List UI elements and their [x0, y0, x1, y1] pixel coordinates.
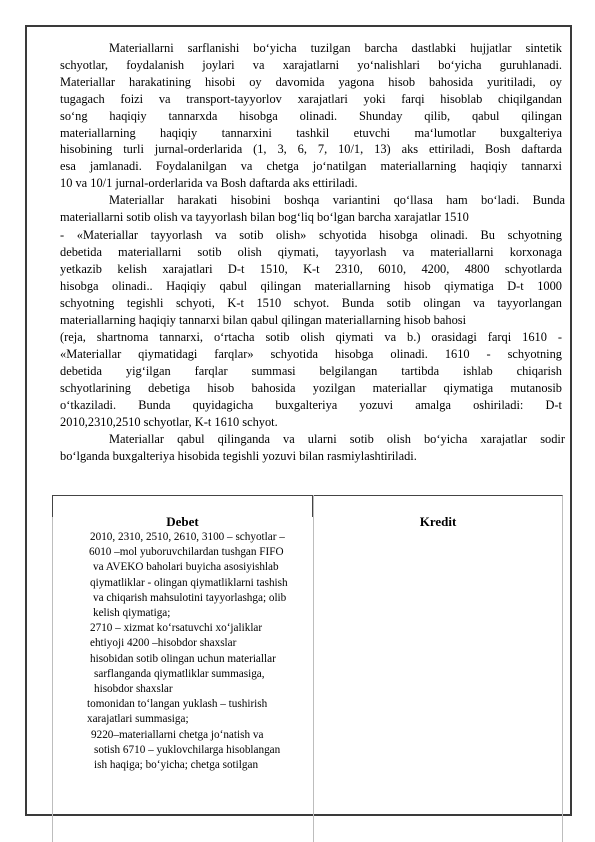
text-line: - «Materiallar tayyorlash va sotib olish…: [60, 227, 562, 244]
text-line: Materiallar harakati hisobini boshqa var…: [87, 192, 565, 209]
text-line: materiallarni sotib olish va tayyorlash …: [60, 209, 562, 226]
text-line: materiallarning haqiqiy tannarxi bilan q…: [60, 312, 562, 329]
debit-line: hisobidan sotib olingan uchun materialla…: [52, 652, 313, 667]
debit-line: 9220–materiallarni chetga jo‘natish va: [52, 728, 313, 743]
text-line: debetida materiallarni sotib olish qiyma…: [60, 244, 562, 261]
debit-line: tomonidan to‘langan yuklash – tushirish: [52, 697, 313, 712]
text-line: 10 va 10/1 jurnal-orderlarida va Bosh da…: [60, 175, 562, 192]
text-line: «Materiallar qiymatidagi farqlar» schyot…: [60, 346, 562, 363]
text-line: Materiallarni sarflanishi bo‘yicha tuzil…: [87, 40, 562, 57]
debit-line: va AVEKO baholari buyicha asosiyishlab: [52, 560, 313, 575]
text-line: schyotlarining debetiga hisob bahosida y…: [60, 380, 562, 397]
text-line: so‘ng haqiqiy tannarxda hisobga olinadi.…: [60, 108, 562, 125]
text-line: yetkazib kelish xarajatlari D-t 1510, K-…: [60, 261, 562, 278]
text-line: tugagach foizi va transport-tayyorlov xa…: [60, 91, 562, 108]
document-body: Materiallarni sarflanishi bo‘yicha tuzil…: [87, 40, 562, 465]
text-line: (reja, shartnoma tannarxi, o‘rtacha soti…: [60, 329, 562, 346]
debit-line: qiymatliklar - olingan qiymatliklarni ta…: [52, 576, 313, 591]
debit-line: 2010, 2310, 2510, 2610, 3100 – schyotlar…: [52, 530, 313, 545]
text-line: hisobining turli jurnal-orderlarida (1, …: [60, 141, 562, 158]
text-line: hisobga olinadi.. Haqiqiy qabul qilingan…: [60, 278, 562, 295]
debit-line: hisobdor shaxslar: [52, 682, 313, 697]
text-line: schyotning tegishli schyoti, K-t 1510 sc…: [60, 295, 562, 312]
text-line: materiallarning haqiqiy tannarxini tashk…: [60, 125, 562, 142]
debit-line: kelish qiymatiga;: [52, 606, 313, 621]
debit-header: Debet: [52, 514, 313, 530]
text-line: esa jamlanadi. Foydalanilgan va chetga j…: [60, 158, 562, 175]
text-line: o‘tkaziladi. Bunda quyidagicha buxgalter…: [60, 397, 562, 414]
debit-line: ish haqiga; bo‘yicha; chetga sotilgan: [52, 758, 313, 773]
text-line: Materiallar harakatining hisobi oy davom…: [60, 74, 562, 91]
text-line: debetida yig‘ilgan farqlar summasi belgi…: [60, 363, 562, 380]
debit-line: 2710 – xizmat ko‘rsatuvchi xo‘jaliklar: [52, 621, 313, 636]
paragraph-1: Materiallarni sarflanishi bo‘yicha tuzil…: [87, 40, 562, 192]
debit-line: 6010 –mol yuboruvchilardan tushgan FIFO: [52, 545, 313, 560]
debit-column: 2010, 2310, 2510, 2610, 3100 – schyotlar…: [52, 530, 313, 773]
text-line: schyotlar, foydalanish joylari va xaraja…: [60, 57, 562, 74]
debit-line: va chiqarish mahsulotini tayyorlashga; o…: [52, 591, 313, 606]
paragraph-2: Materiallar harakati hisobini boshqa var…: [87, 192, 562, 431]
credit-header: Kredit: [313, 514, 563, 530]
text-line: Materiallar qabul qilinganda va ularni s…: [87, 431, 565, 448]
debit-line: sarflanganda qiymatliklar summasiga,: [52, 667, 313, 682]
paragraph-3: Materiallar qabul qilinganda va ularni s…: [87, 431, 562, 465]
debit-line: sotish 6710 – yuklovchilarga hisoblangan: [52, 743, 313, 758]
debit-line: xarajatlari summasiga;: [52, 712, 313, 727]
ledger-column-divider: [313, 495, 314, 842]
text-line: 2010,2310,2510 schyotlar, K-t 1610 schyo…: [60, 414, 562, 431]
text-line: bo‘lganda buxgalteriya hisobida tegishli…: [60, 448, 562, 465]
debit-line: ehtiyoji 4200 –hisobdor shaxslar: [52, 636, 313, 651]
